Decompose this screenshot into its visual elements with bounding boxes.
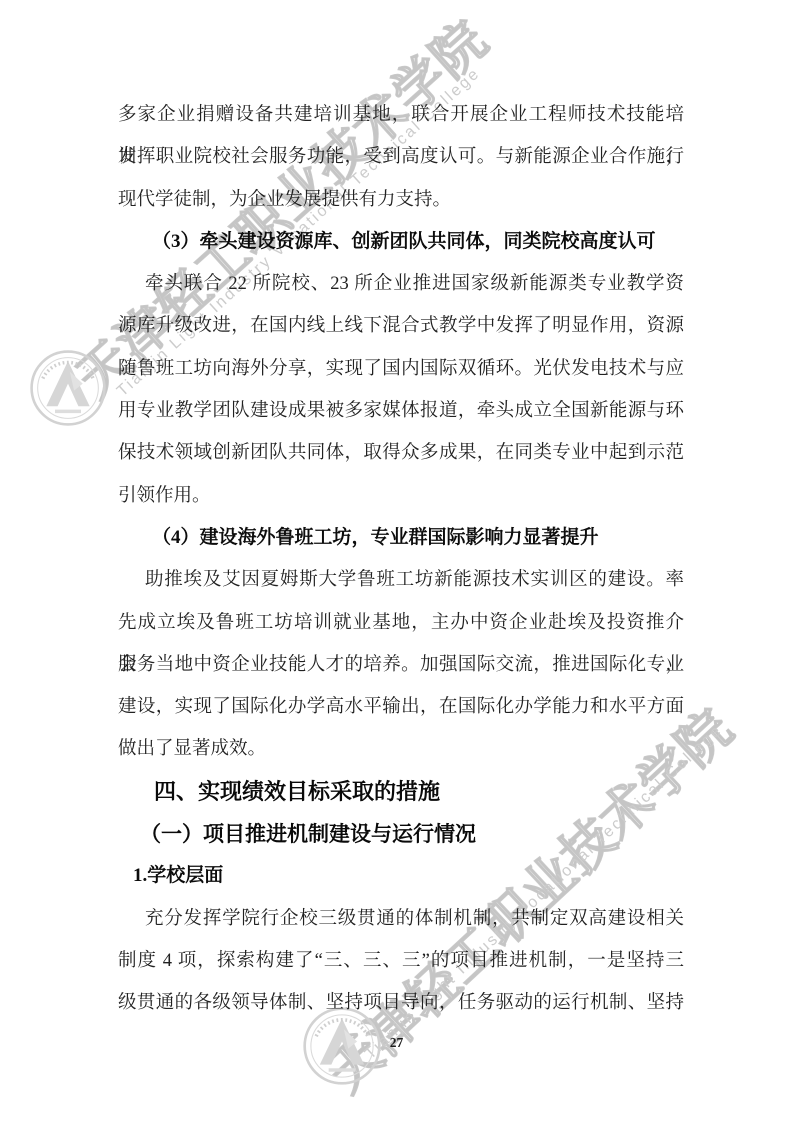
text-line: 牵头联合 22 所院校、23 所企业推进国家级新能源类专业教学资 (118, 263, 684, 305)
text-line: 源库升级改进，在国内线上线下混合式教学中发挥了明显作用，资源 (118, 305, 684, 347)
text-line: 做出了显著成效。 (118, 728, 684, 770)
document-page: 天津轻工职业技术学院 Tianjin Light Industry Vocati… (0, 0, 793, 1122)
text-line: 充分发挥学院行企校三级贯通的体制机制，共制定双高建设相关 (118, 898, 684, 940)
text-line: 引领作用。 (118, 475, 684, 517)
text-line: 1.学校层面 (118, 855, 684, 897)
text-line: 制度 4 项，探索构建了“三、三、三”的项目推进机制，一是坚持三 (118, 940, 684, 982)
text-line: 助推埃及艾因夏姆斯大学鲁班工坊新能源技术实训区的建设。率 (118, 559, 684, 601)
text-line: 随鲁班工坊向海外分享，实现了国内国际双循环。光伏发电技术与应 (118, 348, 684, 390)
text-line: 多家企业捐赠设备共建培训基地，联合开展企业工程师技术技能培训， (118, 94, 684, 136)
text-line: （4）建设海外鲁班工坊，专业群国际影响力显著提升 (118, 517, 684, 559)
page-number: 27 (0, 1035, 793, 1051)
text-line: 四、实现绩效目标采取的措施 (118, 771, 684, 813)
text-line: 保技术领域创新团队共同体，取得众多成果，在同类专业中起到示范 (118, 432, 684, 474)
college-seal-icon (29, 349, 107, 427)
text-line: 现代学徒制，为企业发展提供有力支持。 (118, 179, 684, 221)
text-line: （3）牵头建设资源库、创新团队共同体，同类院校高度认可 (118, 221, 684, 263)
text-line: 先成立埃及鲁班工坊培训就业基地，主办中资企业赴埃及投资推介会， (118, 602, 684, 644)
text-line: 发挥职业院校社会服务功能，受到高度认可。与新能源企业合作施行 (118, 136, 684, 178)
text-line: 建设，实现了国际化办学高水平输出，在国际化办学能力和水平方面 (118, 686, 684, 728)
text-line: （一）项目推进机制建设与运行情况 (118, 813, 684, 855)
text-line: 服务当地中资企业技能人才的培养。加强国际交流，推进国际化专业 (118, 644, 684, 686)
text-line: 级贯通的各级领导体制、坚持项目导向，任务驱动的运行机制、坚持 (118, 982, 684, 1024)
text-line: 用专业教学团队建设成果被多家媒体报道，牵头成立全国新能源与环 (118, 390, 684, 432)
document-body: 多家企业捐赠设备共建培训基地，联合开展企业工程师技术技能培训，发挥职业院校社会服… (118, 94, 684, 1025)
